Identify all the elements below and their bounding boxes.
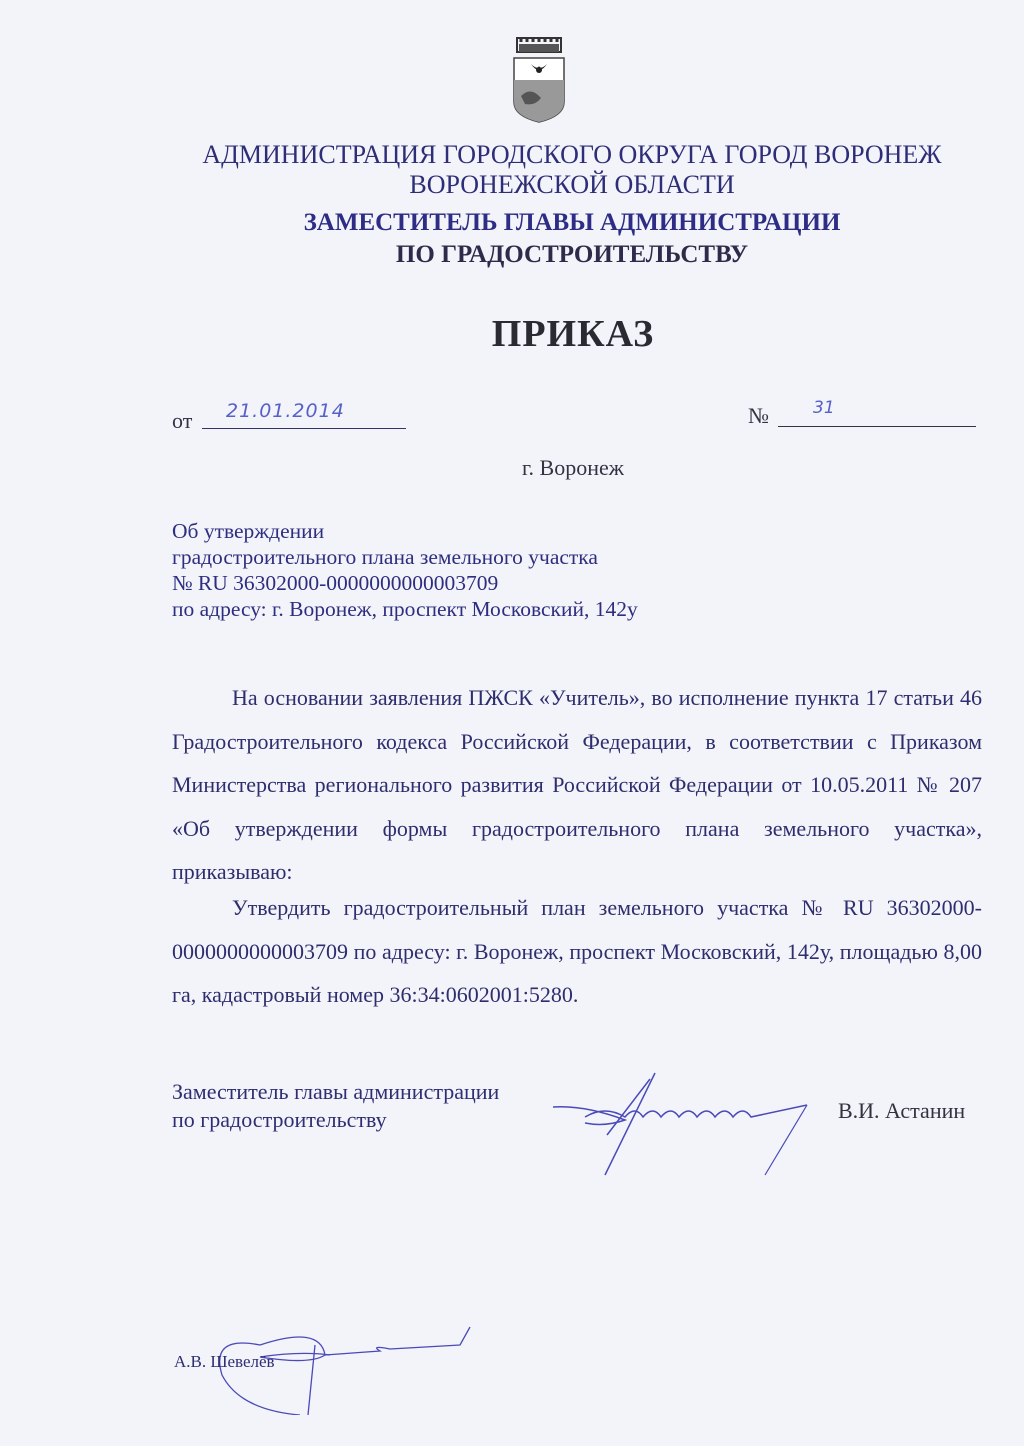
- number-underline: [778, 426, 976, 427]
- signatory-position: Заместитель главы администрации по градо…: [172, 1078, 499, 1134]
- city: г. Воронеж: [0, 455, 1024, 481]
- body-paragraph-2: Утвердить градостроительный план земельн…: [172, 886, 982, 1017]
- document-title: ПРИКАЗ: [0, 312, 1024, 356]
- coat-of-arms-icon: [511, 36, 567, 124]
- date-label: от: [172, 408, 192, 434]
- signatory-name: В.И. Астанин: [838, 1098, 965, 1124]
- number-value: 31: [813, 398, 835, 418]
- signatory-position-line-2: по градостроительству: [172, 1106, 499, 1134]
- signatory-position-line-1: Заместитель главы администрации: [172, 1078, 499, 1106]
- subject-line: градостроительного плана земельного учас…: [172, 544, 638, 570]
- body-paragraph-1: На основании заявления ПЖСК «Учитель», в…: [172, 676, 982, 894]
- header-line-4: ПО ГРАДОСТРОИТЕЛЬСТВУ: [60, 240, 1024, 270]
- document-page: АДМИНИСТРАЦИЯ ГОРОДСКОГО ОКРУГА ГОРОД ВО…: [0, 0, 1024, 1446]
- header-line-3: ЗАМЕСТИТЕЛЬ ГЛАВЫ АДМИНИСТРАЦИИ: [60, 208, 1024, 238]
- signature-icon: [545, 1065, 815, 1185]
- subject-block: Об утверждении градостроительного плана …: [172, 518, 638, 622]
- executor-name: А.В. Шевелёв: [174, 1352, 275, 1372]
- date-underline: [202, 428, 406, 429]
- header-line-1: АДМИНИСТРАЦИЯ ГОРОДСКОГО ОКРУГА ГОРОД ВО…: [60, 140, 1024, 170]
- subject-line: Об утверждении: [172, 518, 638, 544]
- date-value: 21.01.2014: [226, 400, 345, 422]
- subject-line: № RU 36302000-0000000000003709: [172, 570, 638, 596]
- subject-line: по адресу: г. Воронеж, проспект Московск…: [172, 596, 638, 622]
- header-line-2: ВОРОНЕЖСКОЙ ОБЛАСТИ: [60, 170, 1024, 200]
- number-label: №: [748, 403, 769, 429]
